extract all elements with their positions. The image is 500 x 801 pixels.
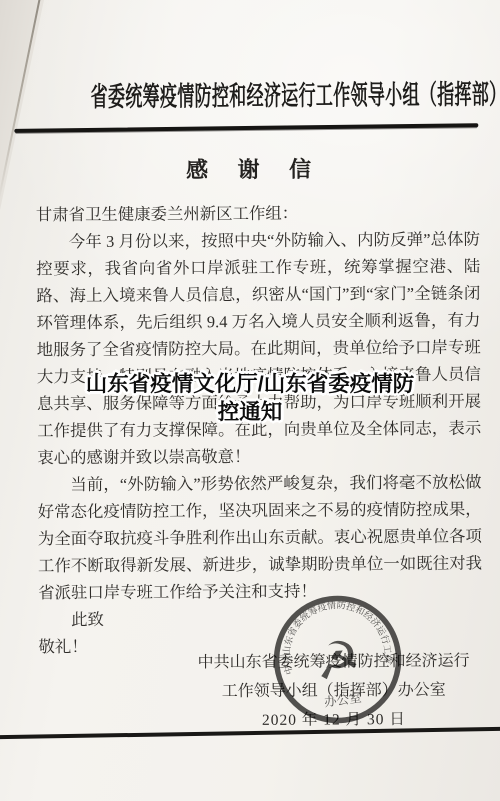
document-photo: 省委统筹疫情防控和经济运行工作领导小组（指挥部）办公室 感 谢 信 甘肃省卫生健… bbox=[0, 0, 500, 801]
salutation: 甘肃省卫生健康委兰州新区工作组： bbox=[36, 199, 480, 229]
paragraph-1: 今年 3 月份以来，按照中央“外防输入、内防反弹”总体防控要求，我省向省外口岸派… bbox=[36, 226, 481, 472]
overlay-caption: 山东省疫情文化厅/山东省委疫情防 控通知 bbox=[0, 370, 500, 426]
closing-respect: 此致 bbox=[38, 604, 482, 634]
paragraph-2: 当前，“外防输入”形势依然严峻复杂，我们将毫不放松做好常态化疫情防控工作，坚决巩… bbox=[37, 469, 482, 607]
letter-body: 甘肃省卫生健康委兰州新区工作组： 今年 3 月份以来，按照中央“外防输入、内防反… bbox=[36, 199, 483, 661]
hammer-sickle-icon: ☭ bbox=[312, 629, 364, 692]
letter-title: 感 谢 信 bbox=[0, 151, 499, 185]
overlay-caption-line1: 山东省疫情文化厅/山东省委疫情防 bbox=[0, 370, 500, 398]
letterhead-rule bbox=[14, 123, 478, 133]
seal-bottom-text: 办公室 bbox=[323, 690, 362, 710]
letterhead-org-name: 省委统筹疫情防控和经济运行工作领导小组（指挥部）办公室 bbox=[91, 73, 406, 114]
overlay-caption-line2: 控通知 bbox=[0, 398, 500, 426]
official-round-seal: 中共山东省委统筹疫情防控和经济运行工作领导小组（指挥部） ☭ 办公室 bbox=[261, 583, 413, 735]
